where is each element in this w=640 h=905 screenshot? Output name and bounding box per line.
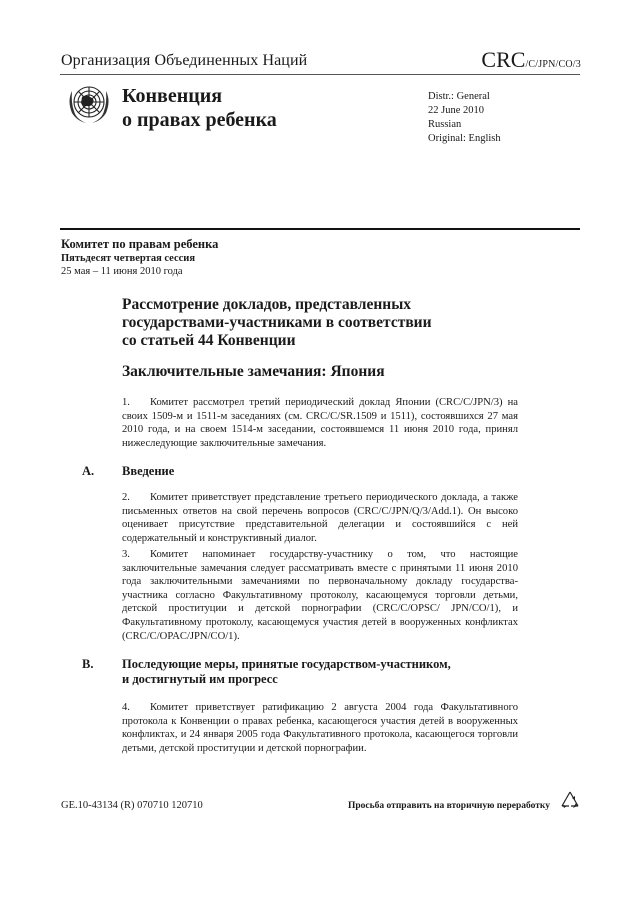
section-letter: B. bbox=[82, 657, 118, 672]
symbol-sub: /C/JPN/CO/3 bbox=[525, 59, 581, 70]
paragraph-number: 3. bbox=[122, 548, 150, 562]
committee-dates: 25 мая – 11 июня 2010 года bbox=[61, 265, 218, 278]
paragraph-number: 2. bbox=[122, 491, 150, 505]
main-title-line: со статьей 44 Конвенции bbox=[122, 332, 522, 350]
section-title-line: и достигнутый им прогресс bbox=[122, 672, 451, 687]
organization-name: Организация Объединенных Наций bbox=[61, 52, 307, 70]
section-heading-a: A. Введение bbox=[82, 464, 174, 479]
section-letter: A. bbox=[82, 464, 118, 479]
sub-title: Заключительные замечания: Япония bbox=[122, 363, 385, 381]
distr-date: 22 June 2010 bbox=[428, 104, 501, 118]
un-emblem-icon bbox=[64, 81, 114, 127]
body-title-line: о правах ребенка bbox=[122, 108, 277, 132]
paragraph-3: 3.Комитет напоминает государству-участни… bbox=[122, 548, 518, 643]
body-title-line: Конвенция bbox=[122, 84, 277, 108]
paragraph-text: Комитет рассмотрел третий периодический … bbox=[122, 397, 518, 449]
section-title: Введение bbox=[122, 464, 174, 479]
paragraph-text: Комитет приветствует представление треть… bbox=[122, 492, 518, 544]
recycle-notice: Просьба отправить на вторичную переработ… bbox=[348, 801, 550, 811]
treaty-body-title: Конвенция о правах ребенка bbox=[122, 84, 277, 132]
section-title-line: Последующие меры, принятые государством-… bbox=[122, 657, 451, 672]
distr-original: Original: English bbox=[428, 132, 501, 146]
main-title: Рассмотрение докладов, представленных го… bbox=[122, 296, 522, 350]
paragraph-2: 2.Комитет приветствует представление тре… bbox=[122, 491, 518, 545]
paragraph-text: Комитет напоминает государству-участнику… bbox=[122, 549, 518, 642]
committee-session: Пятьдесят четвертая сессия bbox=[61, 252, 218, 265]
header-bottom-rule bbox=[60, 228, 580, 230]
paragraph-text: Комитет приветствует ратификацию 2 авгус… bbox=[122, 702, 518, 754]
main-title-line: государствами-участниками в соответствии bbox=[122, 314, 522, 332]
section-heading-b: B. Последующие меры, принятые государств… bbox=[82, 657, 451, 687]
committee-name: Комитет по правам ребенка bbox=[61, 236, 218, 252]
distr-type: Distr.: General bbox=[428, 90, 501, 104]
committee-block: Комитет по правам ребенка Пятьдесят четв… bbox=[61, 236, 218, 278]
job-code: GE.10-43134 (R) 070710 120710 bbox=[61, 800, 203, 811]
paragraph-number: 1. bbox=[122, 396, 150, 410]
header-rule bbox=[60, 74, 580, 75]
distribution-block: Distr.: General 22 June 2010 Russian Ori… bbox=[428, 90, 501, 146]
paragraph-4: 4.Комитет приветствует ратификацию 2 авг… bbox=[122, 701, 518, 755]
paragraph-1: 1.Комитет рассмотрел третий периодически… bbox=[122, 396, 518, 450]
paragraph-number: 4. bbox=[122, 701, 150, 715]
recycle-icon bbox=[559, 790, 581, 812]
symbol-main: CRC bbox=[481, 47, 525, 72]
main-title-line: Рассмотрение докладов, представленных bbox=[122, 296, 522, 314]
distr-language: Russian bbox=[428, 118, 501, 132]
document-symbol: CRC/C/JPN/CO/3 bbox=[481, 48, 581, 77]
